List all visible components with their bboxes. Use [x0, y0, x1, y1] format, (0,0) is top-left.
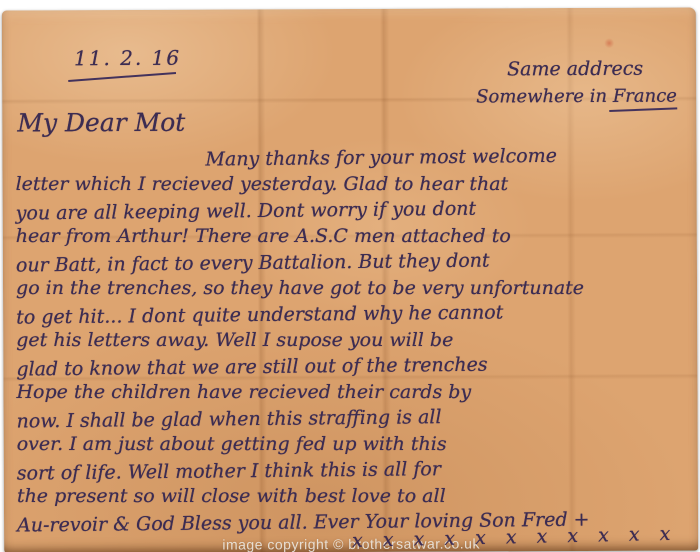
date-underline: [68, 72, 176, 82]
letter-line: now. I shall be glad when this straffing…: [16, 401, 700, 434]
letter-line: Many thanks for your most welcome: [15, 141, 699, 174]
letter-body: Many thanks for your most welcome letter…: [15, 143, 700, 536]
letter-date: 11. 2. 16: [74, 46, 181, 70]
letter-line: letter which I recieved yesterday. Glad …: [16, 171, 700, 197]
letter-paper: 11. 2. 16 Same addrecs Somewhere in Fran…: [2, 7, 698, 552]
letter-line: over. I am just about getting fed up wit…: [17, 431, 700, 457]
letter-line: you are all keeping well. Dont worry if …: [16, 193, 700, 226]
letter-scan: 11. 2. 16 Same addrecs Somewhere in Fran…: [0, 0, 700, 552]
letter-line: glad to know that we are still out of th…: [16, 349, 700, 382]
letter-line: the present so will close with best love…: [17, 483, 700, 509]
letter-line: our Batt, in fact to every Battalion. Bu…: [16, 245, 700, 278]
letter-line: get his letters away. Well I supose you …: [16, 327, 700, 353]
letter-salutation: My Dear Mot: [17, 108, 185, 138]
france-underline: [609, 107, 677, 112]
address-line-1: Same addrecs: [507, 58, 643, 81]
letter-line: go in the trenches, so they have got to …: [16, 275, 700, 301]
letter-line: to get hit... I dont quite understand wh…: [16, 297, 700, 330]
address-line-2: Somewhere in France: [476, 86, 677, 108]
letter-line: sort of life. Well mother I think this i…: [17, 453, 700, 486]
letter-line: hear from Arthur! There are A.S.C men at…: [16, 223, 700, 249]
letter-line: Hope the children have recieved their ca…: [16, 379, 700, 405]
